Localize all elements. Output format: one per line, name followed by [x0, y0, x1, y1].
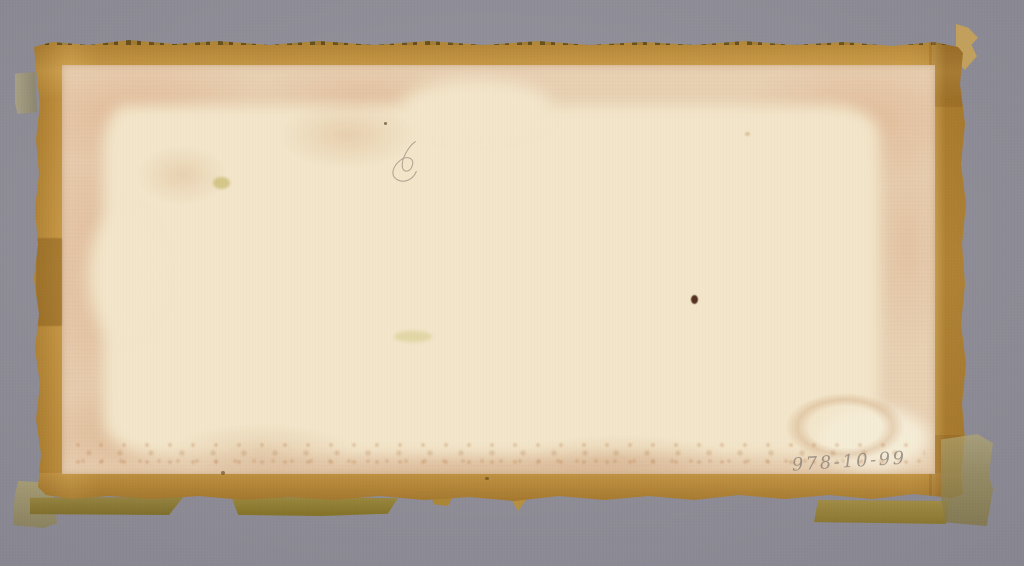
clear-tape-tab-top-left: [15, 72, 37, 114]
olive-tape-strip-bottom-right: [814, 500, 950, 524]
stain-overlay: [62, 65, 935, 474]
olive-tape-strip-bottom-left: [30, 497, 188, 515]
pencil-squiggle: [378, 136, 434, 192]
artwork-verso: 978-10-99: [34, 39, 966, 501]
tape-residue-top: [34, 39, 966, 45]
tape-patch-left-edge: [36, 238, 62, 326]
olive-tape-strip-bottom-center: [228, 497, 398, 516]
backing-paper: [62, 65, 935, 474]
tape-shading-right: [932, 39, 966, 501]
photo-backdrop: 978-10-99: [0, 0, 1024, 566]
clear-tape-flap-bottom-right: [941, 434, 993, 526]
